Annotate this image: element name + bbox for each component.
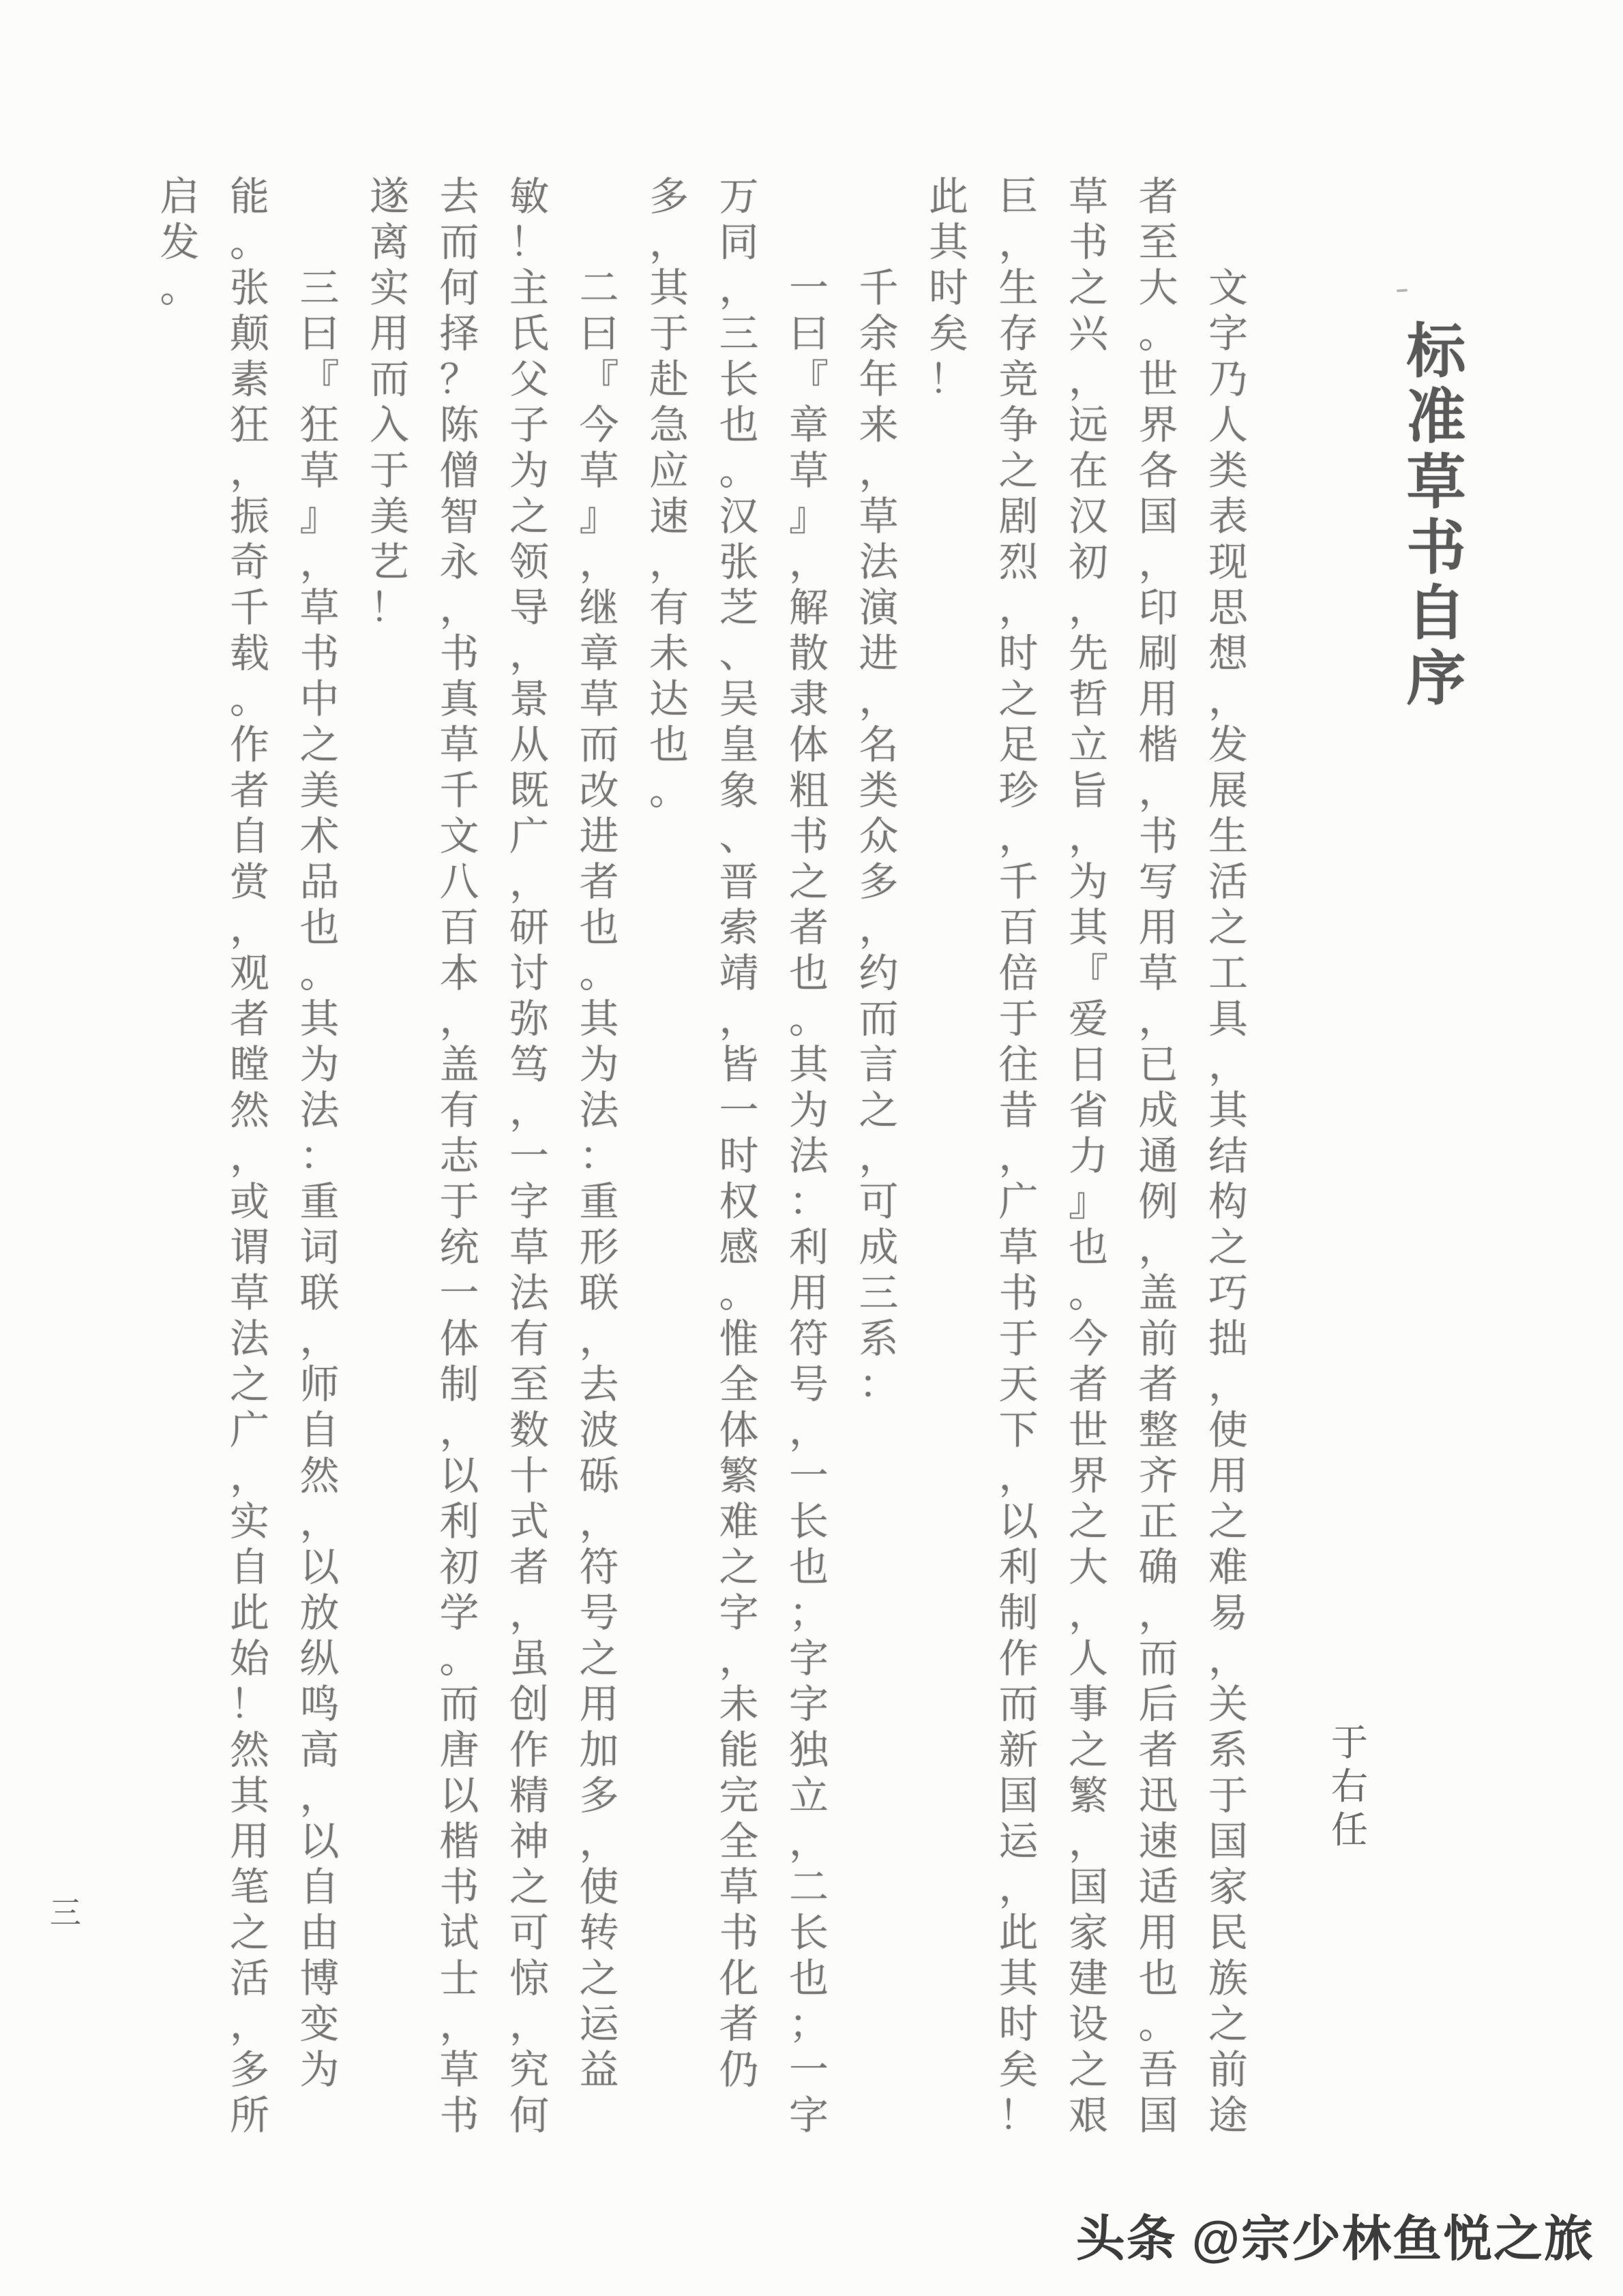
- character-cell: 仍: [717, 2047, 761, 2093]
- character-cell: 草: [228, 1270, 271, 1316]
- character-cell: 数: [507, 1407, 551, 1453]
- character-cell: [578, 220, 621, 265]
- character-cell: 草: [857, 494, 901, 539]
- character-cell: 字: [717, 1590, 761, 1636]
- character-cell: 之: [1206, 1225, 1250, 1270]
- character-cell: 转: [578, 1910, 621, 1956]
- character-cell: 书: [438, 631, 481, 676]
- text-column: 千余年来，草法演进，名类众多，约而言之，可成三系：: [857, 174, 901, 1407]
- character-cell: 入: [368, 402, 411, 448]
- character-cell: 草: [1067, 174, 1110, 220]
- character-cell: ，: [647, 220, 691, 265]
- character-cell: 表: [1206, 494, 1250, 539]
- character-cell: 载: [228, 631, 271, 676]
- character-cell: ，: [1067, 814, 1110, 859]
- character-cell: 也: [1137, 1956, 1180, 2001]
- character-cell: 之: [228, 1362, 271, 1407]
- character-cell: 究: [507, 2047, 551, 2093]
- character-cell: 利: [438, 1499, 481, 1545]
- character-cell: 盖: [438, 1042, 481, 1088]
- character-cell: 年: [857, 357, 901, 402]
- character-cell: 草: [507, 1225, 551, 1270]
- character-cell: 一: [787, 1453, 831, 1499]
- text-column: 草书之兴，远在汉初，先哲立旨，为其『爱日省力』也。今者世界之大，人事之繁，国家建…: [1067, 174, 1110, 2138]
- character-cell: 能: [717, 1727, 761, 1773]
- character-cell: 前: [1137, 1316, 1180, 1362]
- character-cell: 而: [438, 1682, 481, 1727]
- character-cell: 来: [857, 402, 901, 448]
- character-cell: ，: [1137, 1225, 1180, 1270]
- character-cell: 界: [1067, 1453, 1110, 1499]
- character-cell: 民: [1206, 1910, 1250, 1956]
- character-cell: 制: [438, 1362, 481, 1407]
- character-cell: ，: [298, 1499, 342, 1545]
- character-cell: 而: [578, 722, 621, 768]
- character-cell: 盖: [1137, 1270, 1180, 1316]
- character-cell: 法: [857, 539, 901, 585]
- character-cell: 国: [1067, 1864, 1110, 1910]
- text-column: 万同，三长也。汉张芝、吴皇象、晋索靖，皆一时权感。惟全体繁难之字，未能完全草书化…: [717, 174, 761, 2093]
- character-cell: 确: [1137, 1545, 1180, 1590]
- character-cell: 一: [438, 1270, 481, 1316]
- character-cell: 二: [578, 265, 621, 311]
- character-cell: 利: [997, 1545, 1041, 1590]
- character-cell: 、: [717, 814, 761, 859]
- character-cell: 例: [1137, 1179, 1180, 1225]
- character-cell: 或: [228, 1179, 271, 1225]
- character-cell: 一: [717, 1088, 761, 1133]
- character-cell: 准: [1403, 385, 1469, 450]
- character-cell: 家: [1067, 1910, 1110, 1956]
- character-cell: 初: [438, 1545, 481, 1590]
- character-cell: 景: [507, 676, 551, 722]
- character-cell: 省: [1067, 1088, 1110, 1133]
- character-cell: ，: [1137, 1590, 1180, 1636]
- character-cell: 何: [438, 265, 481, 311]
- character-cell: 、: [717, 631, 761, 676]
- character-cell: 设: [1067, 2001, 1110, 2047]
- character-cell: 。: [1137, 311, 1180, 357]
- character-cell: 竞: [997, 357, 1041, 402]
- character-cell: 争: [997, 402, 1041, 448]
- character-cell: 波: [578, 1407, 621, 1453]
- character-cell: 日: [1067, 1042, 1110, 1088]
- character-cell: 适: [1137, 1864, 1180, 1910]
- page-title: 标准草书自序: [1403, 319, 1469, 712]
- character-cell: 张: [717, 539, 761, 585]
- character-cell: ；: [787, 1590, 831, 1636]
- character-cell: 遂: [368, 174, 411, 220]
- character-cell: 于: [368, 448, 411, 494]
- character-cell: 之: [717, 1545, 761, 1590]
- character-cell: ，: [1067, 585, 1110, 631]
- character-cell: 而: [1137, 1636, 1180, 1682]
- character-cell: 之: [1206, 1499, 1250, 1545]
- character-cell: ，: [857, 905, 901, 951]
- character-cell: 继: [578, 585, 621, 631]
- character-cell: 千: [857, 265, 901, 311]
- character-cell: 者: [507, 1545, 551, 1590]
- character-cell: 往: [997, 1042, 1041, 1088]
- character-cell: 难: [717, 1499, 761, 1545]
- character-cell: 于: [997, 1316, 1041, 1362]
- character-cell: 现: [1206, 539, 1250, 585]
- character-cell: 活: [228, 1956, 271, 2001]
- character-cell: 百: [997, 905, 1041, 951]
- character-cell: 界: [1137, 402, 1180, 448]
- character-cell: 导: [507, 585, 551, 631]
- character-cell: 博: [298, 1956, 342, 2001]
- character-cell: ，: [997, 220, 1041, 265]
- character-cell: 活: [1206, 859, 1250, 905]
- character-cell: 迅: [1137, 1773, 1180, 1819]
- character-cell: 。: [717, 448, 761, 494]
- character-cell: 可: [857, 1179, 901, 1225]
- character-cell: 章: [787, 402, 831, 448]
- character-cell: 于: [997, 996, 1041, 1042]
- character-cell: 书: [1137, 814, 1180, 859]
- character-cell: 启: [158, 174, 202, 220]
- character-cell: 其: [298, 996, 342, 1042]
- character-cell: 符: [787, 1316, 831, 1362]
- character-cell: 体: [787, 722, 831, 768]
- character-cell: 国: [1137, 2093, 1180, 2138]
- character-cell: 实: [228, 1499, 271, 1545]
- character-cell: ：: [787, 1179, 831, 1225]
- character-cell: ，: [787, 539, 831, 585]
- character-cell: 多: [857, 859, 901, 905]
- character-cell: 字: [787, 1682, 831, 1727]
- character-cell: 象: [717, 768, 761, 814]
- character-cell: 众: [857, 814, 901, 859]
- character-cell: 体: [717, 1407, 761, 1453]
- character-cell: ，: [647, 539, 691, 585]
- character-cell: 素: [228, 357, 271, 402]
- character-cell: 。: [228, 676, 271, 722]
- character-cell: 也: [298, 905, 342, 951]
- character-cell: 下: [997, 1407, 1041, 1453]
- character-cell: 生: [997, 265, 1041, 311]
- character-cell: 章: [578, 631, 621, 676]
- character-cell: 法: [507, 1270, 551, 1316]
- character-cell: 去: [438, 174, 481, 220]
- character-cell: 千: [438, 768, 481, 814]
- character-cell: 约: [857, 951, 901, 996]
- character-cell: ，: [997, 1133, 1041, 1179]
- character-cell: 于: [1327, 1721, 1372, 1765]
- character-cell: 赏: [228, 859, 271, 905]
- character-cell: 进: [857, 631, 901, 676]
- character-cell: 三: [857, 1270, 901, 1316]
- character-cell: 使: [578, 1864, 621, 1910]
- character-cell: ，: [1067, 1590, 1110, 1636]
- character-cell: 主: [507, 265, 551, 311]
- character-cell: 整: [1137, 1407, 1180, 1453]
- character-cell: 艺: [368, 539, 411, 585]
- character-cell: 家: [1206, 1864, 1250, 1910]
- character-cell: 未: [647, 631, 691, 676]
- character-cell: 皇: [717, 722, 761, 768]
- character-cell: 之: [1067, 1727, 1110, 1773]
- character-cell: 建: [1067, 1956, 1110, 2001]
- text-column: 敏！主氏父子为之领导，景从既广，研讨弥笃，一字草法有至数十式者，虽创作精神之可惊…: [507, 174, 551, 2138]
- character-cell: 法: [298, 1088, 342, 1133]
- character-cell: 汉: [717, 494, 761, 539]
- character-cell: 者: [717, 2001, 761, 2047]
- character-cell: 言: [857, 1042, 901, 1088]
- character-cell: 士: [438, 1956, 481, 2001]
- character-cell: 之: [228, 1910, 271, 1956]
- character-cell: 子: [507, 402, 551, 448]
- character-cell: 术: [298, 814, 342, 859]
- character-cell: 在: [1067, 448, 1110, 494]
- character-cell: 用: [578, 1682, 621, 1727]
- character-cell: 长: [717, 357, 761, 402]
- character-cell: 至: [507, 1362, 551, 1407]
- character-cell: ，: [857, 1133, 901, 1179]
- character-cell: 成: [1137, 1088, 1180, 1133]
- character-cell: 高: [298, 1727, 342, 1773]
- character-cell: 三: [717, 311, 761, 357]
- character-cell: ，: [438, 585, 481, 631]
- character-cell: 化: [717, 1956, 761, 2001]
- character-cell: 自: [298, 1864, 342, 1910]
- character-cell: ，: [1206, 1042, 1250, 1088]
- character-cell: 颠: [228, 311, 271, 357]
- character-cell: ！: [927, 357, 970, 402]
- character-cell: 也: [787, 1545, 831, 1590]
- character-cell: 赴: [647, 357, 691, 402]
- character-cell: 。: [578, 951, 621, 996]
- character-cell: 制: [997, 1590, 1041, 1636]
- character-cell: 讨: [507, 951, 551, 996]
- character-cell: 发: [158, 220, 202, 265]
- character-cell: 有: [507, 1316, 551, 1362]
- character-cell: 使: [1206, 1407, 1250, 1453]
- character-cell: 乃: [1206, 357, 1250, 402]
- text-column: 二曰『今草』，继章草而改进者也。其为法：重形联，去波砾，符号之用加多，使转之运益: [578, 174, 621, 2093]
- character-cell: 正: [1137, 1499, 1180, 1545]
- character-cell: 刷: [1137, 631, 1180, 676]
- character-cell: 多: [647, 174, 691, 220]
- character-cell: 其: [927, 220, 970, 265]
- character-cell: 用: [1137, 905, 1180, 951]
- character-cell: 进: [578, 814, 621, 859]
- character-cell: 者: [1137, 174, 1180, 220]
- character-cell: 其: [228, 1773, 271, 1819]
- character-cell: 长: [787, 1910, 831, 1956]
- character-cell: 号: [787, 1362, 831, 1407]
- character-cell: 其: [787, 1042, 831, 1088]
- character-cell: 具: [1206, 996, 1250, 1042]
- character-cell: 广: [997, 1179, 1041, 1225]
- character-cell: 统: [438, 1225, 481, 1270]
- character-cell: ，: [298, 1773, 342, 1819]
- character-cell: 解: [787, 585, 831, 631]
- character-cell: 奇: [228, 539, 271, 585]
- character-cell: 时: [717, 1133, 761, 1179]
- character-cell: 之: [787, 859, 831, 905]
- character-cell: 十: [507, 1453, 551, 1499]
- character-cell: 曰: [298, 311, 342, 357]
- character-cell: ，: [1067, 1819, 1110, 1864]
- character-cell: 其: [578, 996, 621, 1042]
- character-cell: 大: [1067, 1545, 1110, 1590]
- character-cell: 谓: [228, 1225, 271, 1270]
- character-cell: 二: [787, 1864, 831, 1910]
- character-cell: 自: [1403, 581, 1469, 646]
- character-cell: 。: [158, 265, 202, 311]
- character-cell: 类: [857, 768, 901, 814]
- character-cell: 写: [1137, 859, 1180, 905]
- character-cell: 名: [857, 722, 901, 768]
- character-cell: 一: [507, 1133, 551, 1179]
- character-cell: 千: [228, 585, 271, 631]
- character-cell: 曰: [787, 311, 831, 357]
- character-cell: 之: [857, 1088, 901, 1133]
- character-cell: 所: [228, 2093, 271, 2138]
- character-cell: 草: [578, 676, 621, 722]
- character-cell: [857, 174, 901, 220]
- character-cell: 研: [507, 905, 551, 951]
- character-cell: 天: [997, 1362, 1041, 1407]
- character-cell: ，: [717, 265, 761, 311]
- character-cell: 真: [438, 676, 481, 722]
- character-cell: 书: [787, 814, 831, 859]
- character-cell: 以: [298, 1819, 342, 1864]
- character-cell: 构: [1206, 1179, 1250, 1225]
- character-cell: 以: [438, 1453, 481, 1499]
- character-cell: 生: [1206, 814, 1250, 859]
- character-cell: 为: [1067, 859, 1110, 905]
- character-cell: 作: [228, 722, 271, 768]
- character-cell: 书: [438, 1864, 481, 1910]
- character-cell: 』: [578, 494, 621, 539]
- page-number: 三: [46, 1894, 85, 1933]
- character-cell: 有: [438, 1088, 481, 1133]
- character-cell: 狂: [228, 402, 271, 448]
- character-cell: 兴: [1067, 311, 1110, 357]
- character-cell: 离: [368, 220, 411, 265]
- character-cell: 皆: [717, 1042, 761, 1088]
- text-column: 多，其于赴急应速，有未达也。: [647, 174, 691, 814]
- character-cell: ，: [857, 448, 901, 494]
- character-cell: 为: [298, 2047, 342, 2093]
- character-cell: 独: [787, 1727, 831, 1773]
- author-name: 于右任: [1327, 1721, 1372, 1852]
- character-cell: 惟: [717, 1316, 761, 1362]
- character-cell: 此: [228, 1590, 271, 1636]
- character-cell: 同: [717, 220, 761, 265]
- character-cell: 人: [1067, 1636, 1110, 1682]
- character-cell: 运: [578, 2001, 621, 2047]
- character-cell: 权: [717, 1179, 761, 1225]
- character-cell: 。: [787, 996, 831, 1042]
- character-cell: 晋: [717, 859, 761, 905]
- character-cell: 世: [1067, 1407, 1110, 1453]
- text-column: 者至大。世界各国，印刷用楷，书写用草，已成通例，盖前者整齐正确，而后者迅速适用也…: [1137, 174, 1180, 2138]
- character-cell: 领: [507, 539, 551, 585]
- character-cell: 哲: [1067, 676, 1110, 722]
- character-cell: 想: [1206, 631, 1250, 676]
- character-cell: [787, 174, 831, 220]
- character-cell: 立: [787, 1773, 831, 1819]
- character-cell: 之: [1067, 1499, 1110, 1545]
- character-cell: 难: [1206, 1545, 1250, 1590]
- character-cell: ，: [228, 448, 271, 494]
- character-cell: 也: [647, 722, 691, 768]
- character-cell: 字: [787, 1636, 831, 1682]
- character-cell: 。: [438, 1636, 481, 1682]
- character-cell: 惊: [507, 1956, 551, 2001]
- character-cell: 以: [438, 1773, 481, 1819]
- character-cell: 用: [1137, 676, 1180, 722]
- character-cell: [578, 174, 621, 220]
- character-cell: ，: [1137, 768, 1180, 814]
- character-cell: 而: [857, 996, 901, 1042]
- character-cell: 完: [717, 1773, 761, 1819]
- character-cell: 纵: [298, 1636, 342, 1682]
- character-cell: 有: [647, 585, 691, 631]
- text-column: 去而何择？陈僧智永，书真草千文八百本，盖有志于统一体制，以利初学。而唐以楷书试士…: [438, 174, 481, 2138]
- character-cell: 学: [438, 1590, 481, 1636]
- character-cell: ，: [787, 1819, 831, 1864]
- character-cell: 『: [298, 357, 342, 402]
- character-cell: 为: [578, 1042, 621, 1088]
- character-cell: 急: [647, 402, 691, 448]
- character-cell: 可: [507, 1910, 551, 1956]
- character-cell: 去: [578, 1362, 621, 1407]
- character-cell: ，: [578, 1316, 621, 1362]
- character-cell: 系: [1206, 1727, 1250, 1773]
- character-cell: 感: [717, 1225, 761, 1270]
- character-cell: ，: [1067, 357, 1110, 402]
- character-cell: 为: [298, 1042, 342, 1088]
- character-cell: 速: [1137, 1819, 1180, 1864]
- character-cell: 楷: [438, 1819, 481, 1864]
- character-cell: 僧: [438, 448, 481, 494]
- character-cell: 印: [1137, 585, 1180, 631]
- character-cell: 砾: [578, 1453, 621, 1499]
- character-cell: 作: [507, 1727, 551, 1773]
- character-cell: 变: [298, 2001, 342, 2047]
- character-cell: 也: [717, 402, 761, 448]
- text-column: 巨，生存竞争之剧烈，时之足珍，千百倍于往昔，广草书于天下，以利制作而新国运，此其…: [997, 174, 1041, 2138]
- character-cell: 倍: [997, 951, 1041, 996]
- character-cell: 长: [787, 1499, 831, 1545]
- character-cell: [857, 220, 901, 265]
- character-cell: 系: [857, 1316, 901, 1362]
- character-cell: 美: [368, 494, 411, 539]
- character-cell: 之: [578, 1636, 621, 1682]
- character-cell: 国: [1206, 1819, 1250, 1864]
- character-cell: 。: [298, 951, 342, 996]
- character-cell: ？: [438, 357, 481, 402]
- character-cell: 者: [1137, 1362, 1180, 1407]
- character-cell: 存: [997, 311, 1041, 357]
- character-cell: 张: [228, 265, 271, 311]
- character-cell: 索: [717, 905, 761, 951]
- character-cell: 然: [228, 1727, 271, 1773]
- character-cell: 联: [578, 1270, 621, 1316]
- character-cell: 草: [997, 1225, 1041, 1270]
- character-cell: 氏: [507, 311, 551, 357]
- character-cell: 者: [1137, 1727, 1180, 1773]
- character-cell: 书: [1067, 220, 1110, 265]
- character-cell: 自: [298, 1407, 342, 1453]
- character-cell: 已: [1137, 1042, 1180, 1088]
- character-cell: 繁: [717, 1453, 761, 1499]
